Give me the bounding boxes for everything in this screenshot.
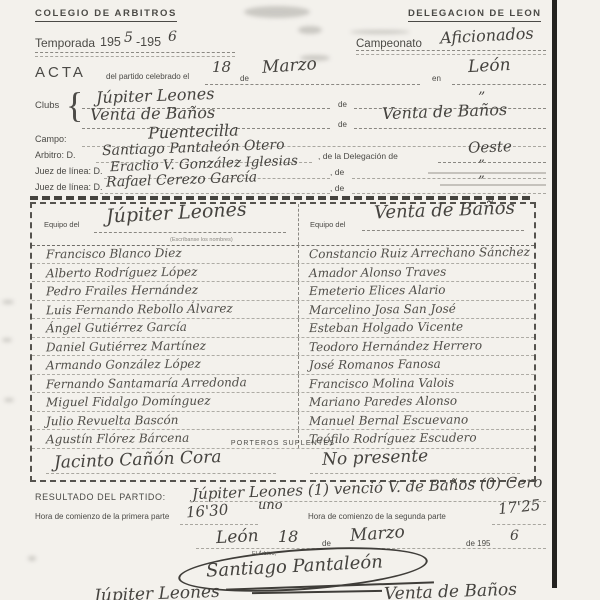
acta-title: ACTA bbox=[35, 64, 86, 81]
field-underline bbox=[35, 52, 235, 53]
scan-smudge bbox=[4, 398, 14, 402]
team-header-right-label: Equipo del bbox=[310, 220, 345, 229]
field-underline bbox=[190, 501, 546, 502]
match-day: 18 bbox=[212, 58, 231, 76]
player-name-right: Amador Alonso Traves bbox=[309, 264, 534, 281]
college-title: COLEGIO DE ARBITROS bbox=[35, 8, 177, 22]
player-name-right: José Romanos Fanosa bbox=[309, 356, 534, 373]
club2-from: Venta de Baños bbox=[382, 100, 508, 123]
player-name-left: Armando González López bbox=[46, 356, 298, 373]
match-place: León bbox=[468, 55, 512, 77]
player-row: Luis Fernando Rebollo ÁlvarezMarcelino J… bbox=[32, 301, 534, 320]
player-name-right: Mariano Paredes Alonso bbox=[309, 393, 534, 410]
team-header-left-label: Equipo del bbox=[44, 220, 79, 229]
field-underline bbox=[205, 84, 420, 85]
linesman1-from: ” bbox=[478, 158, 485, 173]
fine-print-smudge bbox=[428, 172, 546, 174]
date-day: 18 bbox=[278, 527, 298, 546]
field-underline bbox=[438, 162, 546, 163]
player-name-left: Alberto Rodríguez López bbox=[46, 264, 298, 281]
date-month: Marzo bbox=[349, 522, 405, 546]
delegation-title: DELEGACION DE LEON bbox=[408, 8, 541, 22]
scanned-document: COLEGIO DE ARBITROS DELEGACION DE LEON T… bbox=[0, 0, 600, 600]
linesman2-label: Juez de línea: D. bbox=[35, 182, 103, 192]
referee-label: Arbitro: D. bbox=[35, 150, 76, 160]
substitute-goalkeepers-label: PORTEROS SUPLENTES bbox=[32, 440, 534, 447]
scan-smudge bbox=[244, 6, 310, 18]
scan-edge-bar bbox=[552, 0, 557, 588]
team-header-left-name: Júpiter Leones bbox=[106, 198, 248, 227]
referee-delegation-label: , de la Delegación de bbox=[318, 151, 398, 161]
field-underline bbox=[352, 178, 546, 179]
player-name-left: Julio Revuelta Bascón bbox=[46, 412, 298, 429]
player-row: Miguel Fidalgo DomínguezMariano Paredes … bbox=[32, 393, 534, 412]
scan-smudge bbox=[2, 300, 14, 304]
campeonato-label: Campeonato bbox=[356, 38, 422, 50]
scan-smudge bbox=[28, 556, 36, 561]
player-name-left: Daniel Gutiérrez Martínez bbox=[46, 338, 298, 355]
clubs-brace: { bbox=[66, 84, 83, 126]
first-half-label: Hora de comienzo de la primera parte bbox=[35, 512, 169, 521]
second-half-time: 17'25 bbox=[497, 496, 541, 518]
field-underline bbox=[356, 54, 546, 55]
player-row: Armando González LópezJosé Romanos Fanos… bbox=[32, 356, 534, 375]
acta-de-label: de bbox=[240, 74, 249, 83]
club1-de-label: de bbox=[338, 100, 347, 109]
club2-de-label: de bbox=[338, 120, 347, 129]
field-underline bbox=[352, 193, 546, 194]
season-printed-prefix: 195 bbox=[100, 35, 121, 49]
field-underline bbox=[46, 473, 276, 474]
player-name-right: Emeterio Elices Alario bbox=[309, 282, 534, 299]
field-underline bbox=[492, 524, 546, 525]
player-name-right: Marcelino Josa San José bbox=[309, 301, 534, 318]
player-name-left: Ángel Gutiérrez García bbox=[46, 319, 298, 336]
player-row: Alberto Rodríguez LópezAmador Alonso Tra… bbox=[32, 264, 534, 283]
campeonato-value: Aficionados bbox=[440, 24, 534, 48]
right-substitute-goalkeeper: No presente bbox=[322, 446, 429, 470]
table-subnote: (Escríbanse los nombres) bbox=[170, 237, 233, 243]
linesman1-de-label: , de bbox=[330, 167, 344, 177]
player-rows: Francisco Blanco DiezConstancio Ruiz Arr… bbox=[32, 245, 534, 449]
player-row: Francisco Blanco DiezConstancio Ruiz Arr… bbox=[32, 245, 534, 264]
field-underline bbox=[100, 193, 330, 194]
player-name-left: Francisco Blanco Diez bbox=[46, 245, 298, 262]
player-name-right: Francisco Molina Valois bbox=[309, 375, 534, 392]
fine-print-smudge bbox=[440, 184, 546, 186]
scan-smudge bbox=[2, 338, 12, 342]
team-header-right-name: Venta de Baños bbox=[374, 198, 515, 224]
result-label: RESULTADO DEL PARTIDO: bbox=[35, 492, 166, 502]
player-name-left: Pedro Frailes Hernández bbox=[46, 282, 298, 299]
season-printed-mid: -195 bbox=[136, 35, 161, 49]
field-underline bbox=[356, 50, 546, 51]
field-underline bbox=[354, 128, 546, 129]
first-half-time: 16'30 bbox=[185, 501, 228, 522]
player-row: Julio Revuelta BascónManuel Bernal Escue… bbox=[32, 412, 534, 431]
second-half-label: Hora de comienzo de la segunda parte bbox=[308, 512, 446, 521]
season-year1: 5 bbox=[124, 30, 133, 46]
field-underline bbox=[94, 232, 286, 233]
linesman2-de-label: , de bbox=[330, 183, 344, 193]
date-place: León bbox=[216, 526, 260, 548]
field-underline bbox=[35, 56, 235, 57]
player-row: Daniel Gutiérrez MartínezTeodoro Hernánd… bbox=[32, 338, 534, 357]
player-name-right: Esteban Holgado Vicente bbox=[309, 319, 534, 336]
player-row: Fernando Santamaría ArredondaFrancisco M… bbox=[32, 375, 534, 394]
season-label: Temporada bbox=[35, 36, 95, 50]
table-header-divider bbox=[298, 204, 299, 245]
season-year2: 6 bbox=[168, 29, 177, 45]
left-substitute-goalkeeper: Jacinto Cañón Cora bbox=[54, 447, 222, 473]
referee-delegation: Oeste bbox=[468, 137, 512, 157]
footer-club-left: Júpiter Leones bbox=[94, 582, 220, 600]
player-name-left: Miguel Fidalgo Domínguez bbox=[46, 393, 298, 410]
acta-printed-text: del partido celebrado el bbox=[106, 72, 189, 81]
date-year: 6 bbox=[510, 528, 519, 544]
acta-en-label: en bbox=[432, 74, 441, 83]
player-name-right: Manuel Bernal Escuevano bbox=[309, 412, 534, 429]
teams-table: Equipo del Júpiter Leones Equipo del Ven… bbox=[30, 202, 536, 482]
scan-smudge bbox=[298, 26, 322, 34]
scan-smudge bbox=[350, 30, 410, 34]
player-name-left: Fernando Santamaría Arredonda bbox=[46, 375, 298, 392]
clubs-label: Clubs bbox=[35, 100, 59, 111]
player-row: Ángel Gutiérrez GarcíaEsteban Holgado Vi… bbox=[32, 319, 534, 338]
date-year-printed: de 195 bbox=[466, 539, 490, 548]
field-underline bbox=[362, 230, 524, 231]
linesman1-label: Juez de línea: D. bbox=[35, 166, 103, 176]
field-underline bbox=[180, 524, 258, 525]
field-underline bbox=[452, 84, 546, 85]
campo-label: Campo: bbox=[35, 134, 67, 144]
player-name-left: Luis Fernando Rebollo Álvarez bbox=[46, 301, 298, 318]
linesman2-from: ” bbox=[478, 174, 485, 189]
player-row: Pedro Frailes HernándezEmeterio Elices A… bbox=[32, 282, 534, 301]
player-name-right: Teodoro Hernández Herrero bbox=[309, 338, 534, 355]
match-month: Marzo bbox=[261, 54, 317, 78]
player-name-right: Constancio Ruiz Arrechano Sánchez bbox=[309, 245, 534, 262]
footer-club-right: Venta de Baños bbox=[384, 580, 518, 600]
